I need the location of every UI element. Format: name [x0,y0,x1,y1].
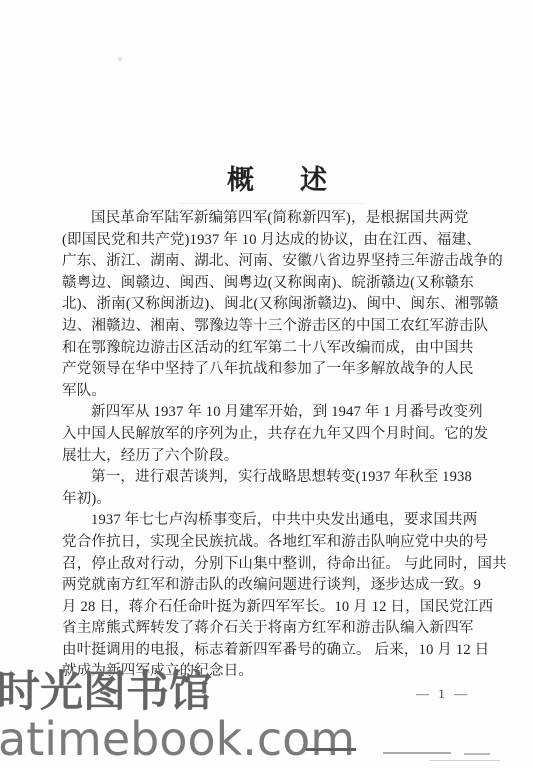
text-line: 边、湘赣边、湘南、鄂豫边等十三个游击区的中国工农红军游击队 [62,316,468,338]
text-line: 第一，进行艰苦谈判，实行战略思想转变(1937 年秋至 1938 [62,467,468,489]
text-line: 党合作抗日，实现全民族抗战。各地红军和游击队响应党中央的号 [62,532,468,554]
chapter-title: 概述 [227,158,373,197]
text-line: 省主席熊式辉转发了蒋介石关于将南方红军和游击队编入新四军 [62,618,468,640]
text-line: 两党就南方红军和游击队的改编问题进行谈判，逐步达成一致。9 [62,575,468,597]
text-line: 年初)。 [62,489,468,511]
watermark-site-url: atimebook.com [0,712,355,766]
book-page: 概述 国民革命军陆军新编第四军(简称新四军)，是根据国共两党(即国民党和共产党)… [0,0,533,768]
scan-dash [306,748,356,751]
text-line: (即国民党和共产党)1937 年 10 月达成的协议，由在江西、福建、 [62,230,468,252]
text-line: 国民革命军陆军新编第四军(简称新四军)，是根据国共两党 [62,208,468,230]
text-line: 和在鄂豫皖边游击区活动的红军第二十八军改编而成，由中国共 [62,338,468,360]
text-line: 新四军从 1937 年 10 月建军开始，到 1947 年 1 月番号改变列 [62,402,468,424]
text-line: 军队。 [62,381,468,403]
scan-dash [383,752,451,754]
text-line: 广东、浙江、湖南、湖北、河南、安徽八省边界坚持三年游击战争的 [62,251,468,273]
watermark-site-name: 时光图书馆 [0,658,212,719]
text-line: 产党领导在华中坚持了八年抗战和参加了一年多解放战争的人民 [62,359,468,381]
page-number: — 1 — [416,686,470,702]
text-line: 月 28 日，蒋介石任命叶挺为新四军军长。10 月 12 日，国民党江西 [62,597,468,619]
scan-dash [464,753,490,755]
text-line: 入中国人民解放军的序列为止，共存在九年又四个月时间。它的发 [62,424,468,446]
body-text: 国民革命军陆军新编第四军(简称新四军)，是根据国共两党(即国民党和共产党)193… [62,208,468,683]
text-line: 展壮大，经历了六个阶段。 [62,446,468,468]
text-line: 召，停止敌对行动，分别下山集中整训，待命出征。 与此同时，国共 [62,554,468,576]
text-line: 赣粤边、闽赣边、闽西、闽粤边(又称闽南)、皖浙赣边(又称赣东 [62,273,468,295]
scan-dash [430,760,500,761]
scan-artifact-line [180,203,365,204]
scan-speck [118,57,122,62]
text-line: 北)、浙南(又称闽浙边)、闽北(又称闽浙赣边)、闽中、闽东、湘鄂赣 [62,294,468,316]
text-line: 1937 年七七卢沟桥事变后，中共中央发出通电，要求国共两 [62,510,468,532]
